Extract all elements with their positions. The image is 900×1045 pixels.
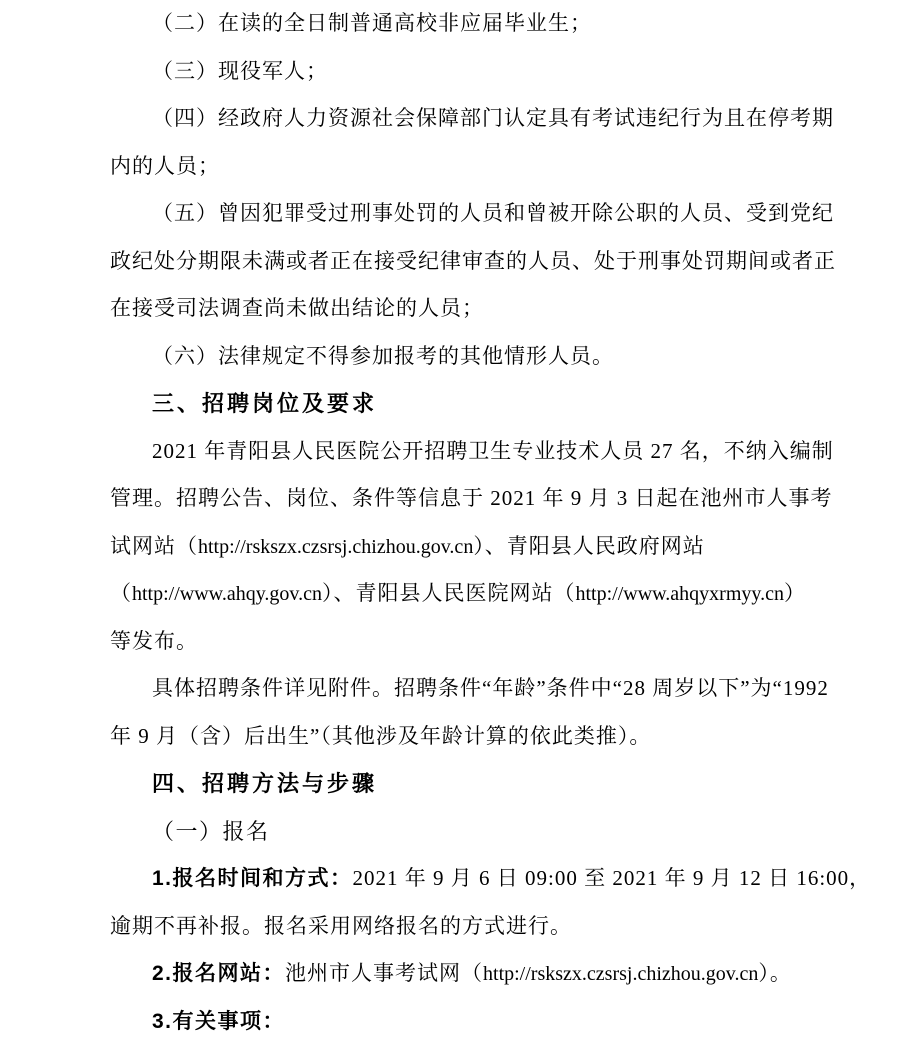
exclusion-item-6: （六）法律规定不得参加报考的其他情形人员。 (110, 333, 876, 381)
signup-time-line-1-seg-0-text: 1.报名时间和方式： (152, 867, 353, 890)
signup-site-line-1-seg-3-text: ）。 (758, 961, 792, 985)
exclusion-item-4-line-2-seg-0-text: 内的人员； (110, 154, 220, 178)
section-3-para-1-line-2: 管理。招聘公告、岗位、条件等信息于 2021 年 9 月 3 日起在池州市人事考 (110, 475, 876, 523)
section-3-para-1-line-1: 2021 年青阳县人民医院公开招聘卫生专业技术人员 27 名，不纳入编制 (110, 428, 876, 476)
exclusion-item-5-line-3-seg-0-text: 在接受司法调查尚未做出结论的人员； (110, 296, 484, 320)
exclusion-item-6-seg-0-text: （六）法律规定不得参加报考的其他情形人员。 (152, 344, 614, 368)
section-4-heading: 四、招聘方法与步骤 (110, 760, 876, 808)
section-3-para-1-line-3-seg-2-text: ）、青阳县人民政府网站 (473, 534, 705, 558)
section-3-para-2-line-1-seg-0-text: 具体招聘条件详见附件。招聘条件“年龄”条件中“28 周岁以下”为“1992 (152, 676, 829, 700)
section-3-para-1-line-3-seg-1-url-text: http://rskszx.czsrsj.chizhou.gov.cn (198, 536, 473, 558)
document-page: （二）在读的全日制普通高校非应届毕业生；（三）现役军人；（四）经政府人力资源社会… (110, 0, 876, 1033)
exclusion-item-4-line-1-seg-0-text: （四）经政府人力资源社会保障部门认定具有考试违纪行为且在停考期 (152, 106, 834, 130)
section-3-para-1-line-4: （http://www.ahqy.gov.cn）、青阳县人民医院网站（http:… (110, 570, 876, 618)
section-4-sub-1-heading: （一）报名 (110, 808, 876, 856)
exclusion-item-2: （二）在读的全日制普通高校非应届毕业生； (110, 0, 876, 48)
related-matters-heading-seg-0-text: 3.有关事项： (152, 1010, 285, 1033)
exclusion-item-4-line-1: （四）经政府人力资源社会保障部门认定具有考试违纪行为且在停考期 (110, 95, 876, 143)
exclusion-item-3: （三）现役军人； (110, 48, 876, 96)
signup-time-line-2-seg-0-text: 逾期不再补报。报名采用网络报名的方式进行。 (110, 914, 572, 938)
section-3-para-1-line-1-seg-0-text: 2021 年青阳县人民医院公开招聘卫生专业技术人员 27 名，不纳入编制 (152, 439, 834, 463)
section-4-heading-seg-0-text: 四、招聘方法与步骤 (152, 771, 377, 796)
section-3-para-1-line-4-seg-2-text: ）、青阳县人民医院网站（ (322, 581, 576, 605)
exclusion-item-3-seg-0-text: （三）现役军人； (152, 59, 328, 83)
section-3-para-1-line-4-seg-0-text: （ (110, 581, 132, 605)
signup-site-line-1: 2.报名网站：池州市人事考试网（http://rskszx.czsrsj.chi… (110, 950, 876, 998)
section-3-heading-seg-0-text: 三、招聘岗位及要求 (152, 391, 377, 416)
signup-site-line-1-seg-2-url-text: http://rskszx.czsrsj.chizhou.gov.cn (483, 963, 758, 985)
section-3-para-1-line-5: 等发布。 (110, 618, 876, 666)
section-3-para-1-line-4-seg-3-url-text: http://www.ahqyxrmyy.cn (575, 583, 784, 605)
section-4-sub-1-heading-seg-0-text: （一）报名 (152, 819, 270, 844)
section-3-heading: 三、招聘岗位及要求 (110, 380, 876, 428)
signup-time-line-2: 逾期不再补报。报名采用网络报名的方式进行。 (110, 903, 876, 951)
section-3-para-1-line-3-seg-0-text: 试网站（ (110, 534, 198, 558)
section-3-para-1-line-2-seg-0-text: 管理。招聘公告、岗位、条件等信息于 2021 年 9 月 3 日起在池州市人事考 (110, 486, 833, 510)
exclusion-item-5-line-3: 在接受司法调查尚未做出结论的人员； (110, 285, 876, 333)
section-3-para-1-line-3: 试网站（http://rskszx.czsrsj.chizhou.gov.cn）… (110, 523, 876, 571)
exclusion-item-2-seg-0-text: （二）在读的全日制普通高校非应届毕业生； (152, 11, 592, 35)
related-matters-heading: 3.有关事项： (110, 998, 876, 1034)
exclusion-item-5-line-1-seg-0-text: （五）曾因犯罪受过刑事处罚的人员和曾被开除公职的人员、受到党纪 (152, 201, 834, 225)
section-3-para-2-line-2-seg-0-text: 年 9 月（含）后出生”（其他涉及年龄计算的依此类推）。 (110, 724, 651, 748)
exclusion-item-4-line-2: 内的人员； (110, 143, 876, 191)
exclusion-item-5-line-2-seg-0-text: 政纪处分期限未满或者正在接受纪律审查的人员、处于刑事处罚期间或者正 (110, 249, 836, 273)
section-3-para-1-line-5-seg-0-text: 等发布。 (110, 629, 198, 653)
signup-site-line-1-seg-0-text: 2.报名网站： (152, 962, 285, 985)
exclusion-item-5-line-1: （五）曾因犯罪受过刑事处罚的人员和曾被开除公职的人员、受到党纪 (110, 190, 876, 238)
section-3-para-2-line-1: 具体招聘条件详见附件。招聘条件“年龄”条件中“28 周岁以下”为“1992 (110, 665, 876, 713)
exclusion-item-5-line-2: 政纪处分期限未满或者正在接受纪律审查的人员、处于刑事处罚期间或者正 (110, 238, 876, 286)
signup-time-line-1: 1.报名时间和方式：2021 年 9 月 6 日 09:00 至 2021 年 … (110, 855, 876, 903)
section-3-para-2-line-2: 年 9 月（含）后出生”（其他涉及年龄计算的依此类推）。 (110, 713, 876, 761)
signup-time-line-1-seg-1-text: 2021 年 9 月 6 日 09:00 至 2021 年 9 月 12 日 1… (353, 866, 872, 890)
signup-site-line-1-seg-1-text: 池州市人事考试网（ (285, 961, 483, 985)
section-3-para-1-line-4-seg-4-text: ） (784, 581, 806, 605)
section-3-para-1-line-4-seg-1-url-text: http://www.ahqy.gov.cn (132, 583, 322, 605)
